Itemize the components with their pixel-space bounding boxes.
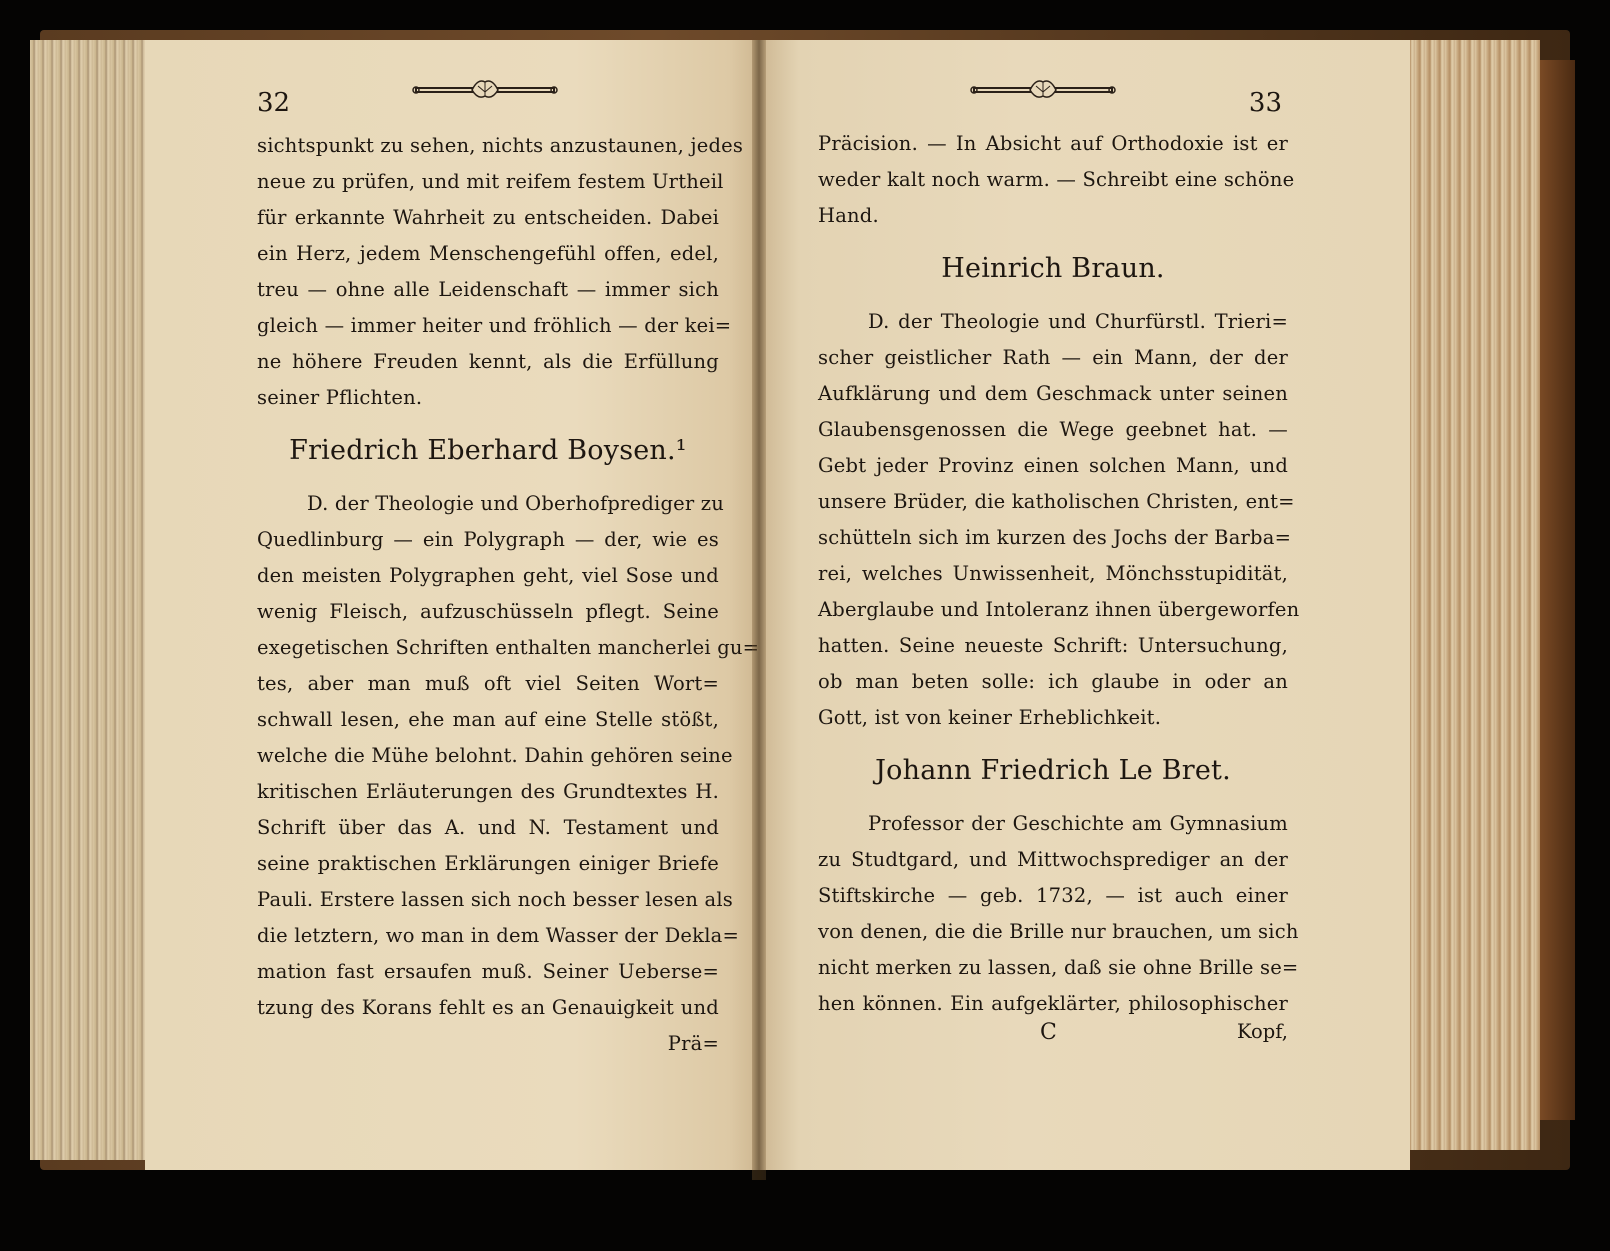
page-edges-left (30, 40, 150, 1160)
headpiece-ornament-icon (968, 78, 1118, 102)
text-line: Pauli. Erstere lassen sich noch besser l… (257, 882, 719, 918)
left-page: 32 sichtspunkt zu sehen, nichts anzustau… (145, 40, 760, 1170)
signature-mark: C (1040, 1020, 1057, 1045)
text-line: Hand. (818, 198, 1288, 234)
text-line: kritischen Erläuterungen des Grundtextes… (257, 774, 719, 810)
book-gutter (752, 40, 766, 1180)
entry-heading: Heinrich Braun. (818, 234, 1288, 304)
text-line: Gott, ist von keiner Erheblichkeit. (818, 700, 1288, 736)
text-line: von denen, die die Brille nur brauchen, … (818, 914, 1288, 950)
text-line: Aufklärung und dem Geschmack unter seine… (818, 376, 1288, 412)
text-line: ne höhere Freuden kennt, als die Erfüllu… (257, 344, 719, 380)
text-line: Gebt jeder Provinz einen solchen Mann, u… (818, 448, 1288, 484)
text-line: schwall lesen, ehe man auf eine Stelle s… (257, 702, 719, 738)
text-line: ein Herz, jedem Menschengefühl offen, ed… (257, 236, 719, 272)
page-body: sichtspunkt zu sehen, nichts anzustaunen… (257, 128, 719, 1062)
text-line: Aberglaube und Intoleranz ihnen übergewo… (818, 592, 1288, 628)
text-line: hen können. Ein aufgeklärter, philosophi… (818, 986, 1288, 1022)
page-number: 33 (1249, 88, 1282, 118)
text-line: nicht merken zu lassen, daß sie ohne Bri… (818, 950, 1288, 986)
text-line: seine praktischen Erklärungen einiger Br… (257, 846, 719, 882)
text-line: treu — ohne alle Leidenschaft — immer si… (257, 272, 719, 308)
text-line: hatten. Seine neueste Schrift: Untersuch… (818, 628, 1288, 664)
text-line: weder kalt noch warm. — Schreibt eine sc… (818, 162, 1288, 198)
text-line: rei, welches Unwissenheit, Mönchsstupidi… (818, 556, 1288, 592)
text-line: Glaubensgenossen die Wege geebnet hat. — (818, 412, 1288, 448)
text-line: Präcision. — In Absicht auf Orthodoxie i… (818, 126, 1288, 162)
text-line: Professor der Geschichte am Gymnasium (818, 806, 1288, 842)
text-line: welche die Mühe belohnt. Dahin gehören s… (257, 738, 719, 774)
text-line: neue zu prüfen, und mit reifem festem Ur… (257, 164, 719, 200)
right-page: 33 Präcision. — In Absicht auf Orthodoxi… (760, 40, 1410, 1170)
page-body: Präcision. — In Absicht auf Orthodoxie i… (818, 126, 1288, 1022)
text-line: gleich — immer heiter und fröhlich — der… (257, 308, 719, 344)
text-line: tzung des Korans fehlt es an Genauigkeit… (257, 990, 719, 1026)
text-line: zu Studtgard, und Mittwochsprediger an d… (818, 842, 1288, 878)
text-line: tes, aber man muß oft viel Seiten Wort= (257, 666, 719, 702)
entry-heading: Johann Friedrich Le Bret. (818, 736, 1288, 806)
book-cover-edge (1540, 60, 1575, 1120)
text-line: wenig Fleisch, aufzuschüsseln pflegt. Se… (257, 594, 719, 630)
text-line: exegetischen Schriften enthalten mancher… (257, 630, 719, 666)
page-number: 32 (257, 88, 290, 118)
catchword: Prä= (257, 1026, 719, 1062)
text-line: schütteln sich im kurzen des Jochs der B… (818, 520, 1288, 556)
text-line: Quedlinburg — ein Polygraph — der, wie e… (257, 522, 719, 558)
text-line: D. der Theologie und Churfürstl. Trieri= (818, 304, 1288, 340)
page-edges-right (1405, 40, 1540, 1150)
text-line: Stiftskirche — geb. 1732, — ist auch ein… (818, 878, 1288, 914)
text-line: für erkannte Wahrheit zu entscheiden. Da… (257, 200, 719, 236)
text-line: den meisten Polygraphen geht, viel Sose … (257, 558, 719, 594)
text-line: mation fast ersaufen muß. Seiner Ueberse… (257, 954, 719, 990)
text-line: D. der Theologie und Oberhofprediger zu (257, 486, 719, 522)
text-line: unsere Brüder, die katholischen Christen… (818, 484, 1288, 520)
catchword: Kopf, (1237, 1020, 1288, 1043)
entry-heading: Friedrich Eberhard Boysen.¹ (257, 416, 719, 486)
text-line: scher geistlicher Rath — ein Mann, der d… (818, 340, 1288, 376)
headpiece-ornament-icon (410, 78, 560, 102)
text-line: seiner Pflichten. (257, 380, 719, 416)
text-line: sichtspunkt zu sehen, nichts anzustaunen… (257, 128, 719, 164)
text-line: die letztern, wo man in dem Wasser der D… (257, 918, 719, 954)
text-line: ob man beten solle: ich glaube in oder a… (818, 664, 1288, 700)
text-line: Schrift über das A. und N. Testament und (257, 810, 719, 846)
